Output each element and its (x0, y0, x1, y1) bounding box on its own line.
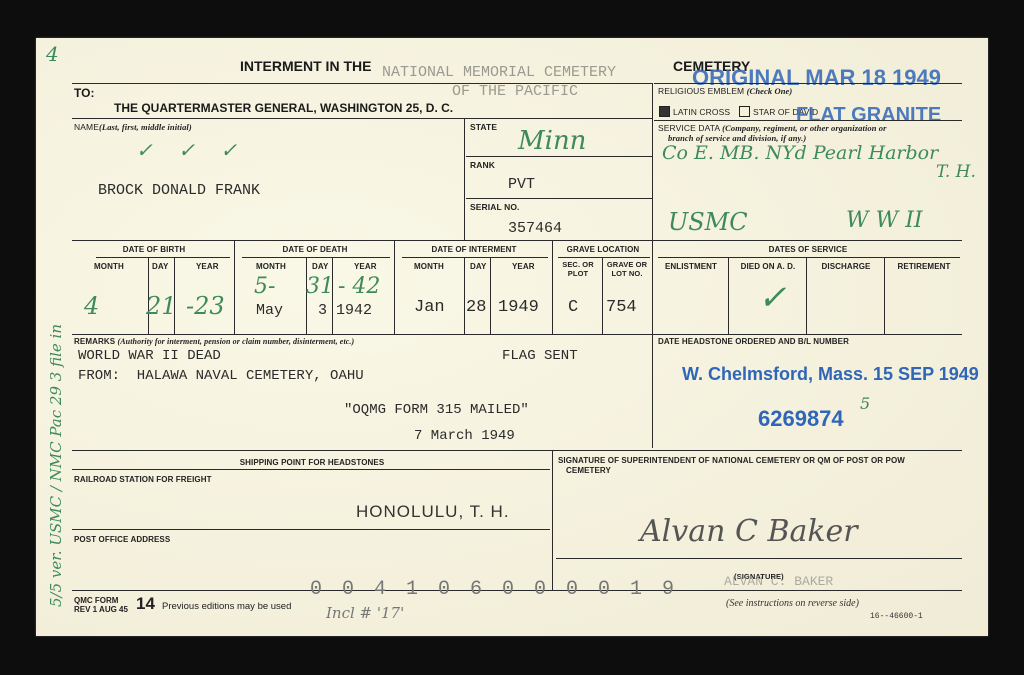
headstone-ordered-label: DATE HEADSTONE ORDERED AND B/L NUMBER (658, 337, 849, 346)
died-on-ad-header: DIED ON A. D. (730, 262, 806, 271)
dod-year-value: 1942 (336, 302, 372, 319)
headstone-ordered-stamp: W. Chelmsford, Mass. 15 SEP 1949 (682, 364, 979, 385)
print-code: 16--46600-1 (870, 612, 923, 621)
to-label: TO: (74, 86, 94, 100)
dates-of-service-label: DATES OF SERVICE (654, 245, 962, 254)
latin-cross-checkbox[interactable] (659, 106, 670, 117)
dod-year-header: YEAR (354, 262, 377, 271)
to-address: THE QUARTERMASTER GENERAL, WASHINGTON 25… (114, 101, 453, 115)
name-value: BROCK DONALD FRANK (98, 182, 260, 199)
remarks-line4: 7 March 1949 (414, 428, 515, 444)
bl-number-stamp: 6269874 (758, 406, 844, 432)
name-checkmarks: ✓ ✓ ✓ (136, 138, 237, 162)
previous-editions-note: Previous editions may be used (162, 601, 291, 612)
doi-month-value: Jan (414, 298, 445, 317)
margin-note: 5/5 ver. USMC / NMC Pac 29 3 file in (47, 267, 65, 607)
discharge-header: DISCHARGE (808, 262, 884, 271)
signature-typed-name: ALVAN C. BAKER (724, 574, 833, 589)
post-office-label: POST OFFICE ADDRESS (74, 535, 170, 544)
religious-emblem-label: RELIGIOUS EMBLEM (Check One) (658, 86, 792, 96)
star-of-david-checkbox[interactable] (739, 106, 750, 117)
remarks-line1: WORLD WAR II DEAD (78, 348, 221, 364)
dob-month-value: 4 (84, 292, 99, 320)
signature-label: SIGNATURE OF SUPERINTENDENT OF NATIONAL … (558, 456, 905, 465)
grave-section-header: SEC. OR PLOT (556, 260, 600, 278)
remarks-line2: FROM: HALAWA NAVAL CEMETERY, OAHU (78, 368, 364, 384)
dob-label: DATE OF BIRTH (74, 245, 234, 254)
grave-section-value: C (568, 298, 578, 317)
form-id: QMC FORM REV 1 AUG 45 (74, 596, 128, 614)
service-data-label: SERVICE DATA (Company, regiment, or othe… (658, 123, 887, 133)
signature-label-line2: CEMETERY (566, 466, 611, 475)
rank-label: RANK (470, 160, 495, 170)
died-on-ad-checkmark: ✓ (758, 278, 787, 318)
state-value: Minn (518, 126, 586, 156)
railroad-station-label: RAILROAD STATION FOR FREIGHT (74, 475, 212, 484)
dod-hand-year: - 42 (338, 274, 380, 299)
dod-month-value: May (256, 302, 283, 319)
serial-label: SERIAL NO. (470, 202, 520, 212)
remarks-flag-sent: FLAG SENT (502, 348, 578, 364)
instructions-note: (See instructions on reverse side) (726, 598, 859, 609)
service-data-branch: USMC (668, 208, 748, 236)
doi-label: DATE OF INTERMENT (396, 245, 552, 254)
form-heading: INTERMENT IN THE (240, 58, 371, 74)
grave-location-label: GRAVE LOCATION (554, 245, 652, 254)
stamped-number: 0 0 4 1 0 6 0 0 0 0 1 9 (310, 578, 678, 601)
dod-hand-month: 5- (254, 274, 275, 299)
retirement-header: RETIREMENT (886, 262, 962, 271)
signature-handwritten: Alvan C Baker (640, 514, 858, 549)
enlistment-header: ENLISTMENT (654, 262, 728, 271)
grave-lot-value: 754 (606, 298, 637, 317)
dob-day-value: 21 (146, 292, 177, 320)
cemetery-name-typed-line2: OF THE PACIFIC (452, 83, 578, 100)
railroad-station-value: HONOLULU, T. H. (356, 502, 510, 522)
dob-month-header: MONTH (94, 262, 124, 271)
service-data-line2: T. H. (936, 162, 976, 182)
name-label: NAME(Last, first, middle initial) (74, 122, 192, 132)
doi-year-header: YEAR (512, 262, 535, 271)
doi-month-header: MONTH (414, 262, 444, 271)
doi-year-value: 1949 (498, 298, 539, 317)
serial-value: 357464 (508, 220, 562, 237)
inclosure-note: Incl # '17' (326, 604, 404, 622)
dod-hand-day: 31 (306, 274, 334, 299)
remarks-line3: "OQMG FORM 315 MAILED" (344, 402, 529, 418)
dob-day-header: DAY (152, 262, 168, 271)
grave-lot-header: GRAVE OR LOT NO. (604, 260, 650, 278)
dod-label: DATE OF DEATH (236, 245, 394, 254)
form-number: 14 (136, 594, 155, 614)
dod-day-value: 3 (318, 302, 327, 319)
latin-cross-label: LATIN CROSS (673, 107, 730, 117)
dod-day-header: DAY (312, 262, 328, 271)
service-data-line1: Co E. MB. NYd Pearl Harbor (662, 142, 938, 164)
state-label: STATE (470, 122, 497, 132)
doi-day-value: 28 (466, 298, 486, 317)
form-id-line2: REV 1 AUG 45 (74, 605, 128, 614)
bl-number-suffix: 5 (860, 394, 870, 413)
rank-value: PVT (508, 176, 535, 193)
shipping-point-label: SHIPPING POINT FOR HEADSTONES (72, 458, 552, 467)
form-id-line1: QMC FORM (74, 596, 128, 605)
dob-year-header: YEAR (196, 262, 219, 271)
cemetery-name-typed: NATIONAL MEMORIAL CEMETERY (382, 64, 616, 81)
doi-day-header: DAY (470, 262, 486, 271)
dob-year-value: -23 (186, 292, 225, 320)
remarks-label: REMARKS (Authority for interment, pensio… (74, 337, 354, 346)
interment-record-card: 4 INTERMENT IN THE NATIONAL MEMORIAL CEM… (36, 38, 988, 636)
service-data-war: W W II (846, 208, 923, 233)
dod-month-header: MONTH (256, 262, 286, 271)
corner-mark: 4 (46, 42, 59, 66)
